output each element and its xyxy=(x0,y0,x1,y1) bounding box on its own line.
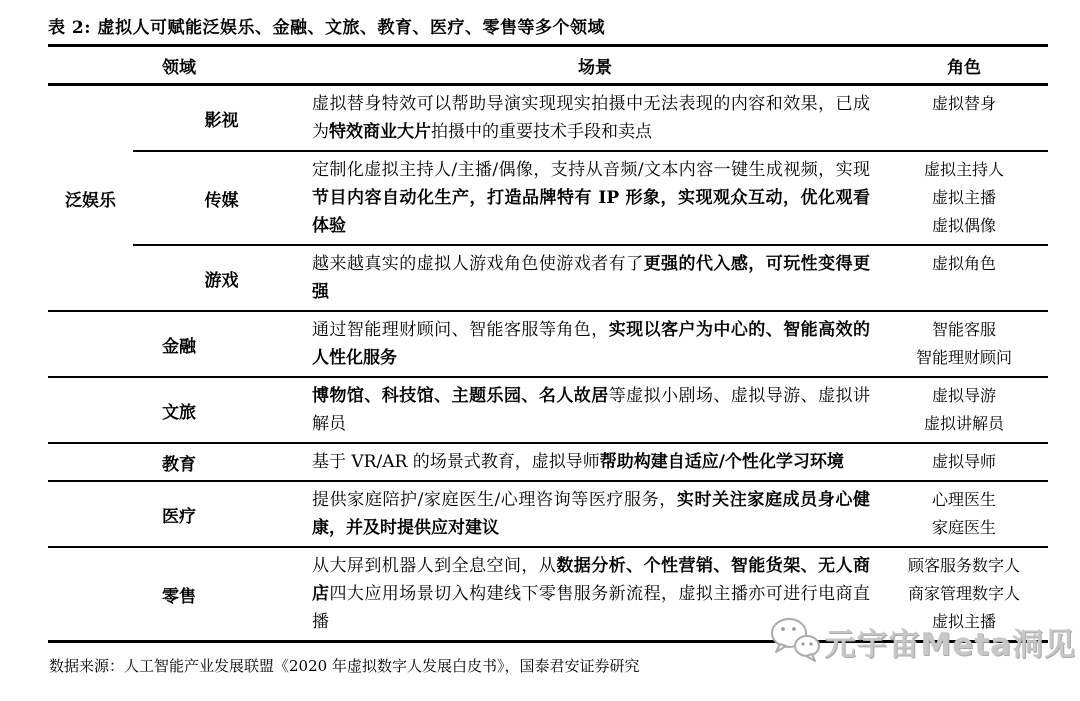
table-row-media: 传媒 定制化虚拟主持人/主播/偶像，支持从音频/文本内容一键生成视频，实现节目内… xyxy=(133,152,1048,246)
role-item: 虚拟主播 xyxy=(880,184,1048,212)
group-label-entertainment: 泛娱乐 xyxy=(48,86,133,310)
scenario-text-bold: 博物馆、科技馆、主题乐园、名人故居 xyxy=(312,386,609,406)
scenario-text-bold: 节目内容自动化生产，打造品牌特有 IP 形象，实现观众互动，优化观看体验 xyxy=(312,188,870,236)
report-table-page: 表 2: 虚拟人可赋能泛娱乐、金融、文旅、教育、医疗、零售等多个领域 领域 场景… xyxy=(0,0,1080,701)
role-item: 虚拟替身 xyxy=(880,90,1048,118)
watermark-text: 元宇宙Meta洞见 xyxy=(824,619,1076,664)
roles-cell: 虚拟替身 xyxy=(880,86,1048,150)
table-row-culture-tourism: 文旅 博物馆、科技馆、主题乐园、名人故居等虚拟小剧场、虚拟导游、虚拟讲解员 虚拟… xyxy=(48,378,1048,442)
role-item: 智能客服 xyxy=(880,316,1048,344)
table-title: 表 2: 虚拟人可赋能泛娱乐、金融、文旅、教育、医疗、零售等多个领域 xyxy=(48,0,1048,44)
domain-label: 医疗 xyxy=(48,482,310,546)
scenario-cell: 定制化虚拟主持人/主播/偶像，支持从音频/文本内容一键生成视频，实现节目内容自动… xyxy=(310,152,880,244)
scenario-cell: 博物馆、科技馆、主题乐园、名人故居等虚拟小剧场、虚拟导游、虚拟讲解员 xyxy=(310,378,880,442)
role-item: 虚拟主持人 xyxy=(880,156,1048,184)
table-row-film: 影视 虚拟替身特效可以帮助导演实现现实拍摄中无法表现的内容和效果，已成为特效商业… xyxy=(133,86,1048,152)
role-item: 虚拟角色 xyxy=(880,250,1048,278)
role-item: 虚拟偶像 xyxy=(880,212,1048,240)
scenario-text: 从大屏到机器人到全息空间，从 xyxy=(312,556,556,576)
scenario-cell: 越来越真实的虚拟人游戏角色使游戏者有了更强的代入感，可玩性变得更强 xyxy=(310,246,880,310)
roles-cell: 虚拟角色 xyxy=(880,246,1048,310)
scenario-text: 拍摄中的重要技术手段和卖点 xyxy=(431,122,652,142)
role-item: 虚拟讲解员 xyxy=(880,410,1048,438)
scenario-cell: 通过智能理财顾问、智能客服等角色，实现以客户为中心的、智能高效的人性化服务 xyxy=(310,312,880,376)
role-item: 虚拟导师 xyxy=(880,448,1048,476)
domain-label: 金融 xyxy=(48,312,310,376)
domain-label: 影视 xyxy=(133,86,310,150)
table-row-finance: 金融 通过智能理财顾问、智能客服等角色，实现以客户为中心的、智能高效的人性化服务… xyxy=(48,312,1048,376)
table-row-medical: 医疗 提供家庭陪护/家庭医生/心理咨询等医疗服务，实时关注家庭成员身心健康，并及… xyxy=(48,482,1048,546)
scenario-cell: 提供家庭陪护/家庭医生/心理咨询等医疗服务，实时关注家庭成员身心健康，并及时提供… xyxy=(310,482,880,546)
table-header-row: 领域 场景 角色 xyxy=(48,47,1048,83)
domain-label: 文旅 xyxy=(48,378,310,442)
scenario-text: 越来越真实的虚拟人游戏角色使游戏者有了 xyxy=(312,254,644,274)
roles-cell: 虚拟导师 xyxy=(880,444,1048,480)
roles-cell: 智能客服 智能理财顾问 xyxy=(880,312,1048,376)
watermark: 元宇宙Meta洞见 xyxy=(769,616,1076,666)
role-item: 顾客服务数字人 xyxy=(880,552,1048,580)
scenario-text-bold: 帮助构建自适应/个性化学习环境 xyxy=(600,452,844,472)
role-item: 商家管理数字人 xyxy=(880,580,1048,608)
scenario-text: 通过智能理财顾问、智能客服等角色， xyxy=(312,320,609,340)
column-header-scene: 场景 xyxy=(310,53,880,78)
table-row-game: 游戏 越来越真实的虚拟人游戏角色使游戏者有了更强的代入感，可玩性变得更强 虚拟角… xyxy=(133,246,1048,310)
section-entertainment: 泛娱乐 影视 虚拟替身特效可以帮助导演实现现实拍摄中无法表现的内容和效果，已成为… xyxy=(48,86,1048,310)
role-item: 智能理财顾问 xyxy=(880,344,1048,372)
table-row-education: 教育 基于 VR/AR 的场景式教育，虚拟导师帮助构建自适应/个性化学习环境 虚… xyxy=(48,444,1048,480)
scenario-text: 定制化虚拟主持人/主播/偶像，支持从音频/文本内容一键生成视频，实现 xyxy=(312,160,870,180)
column-header-role: 角色 xyxy=(880,53,1048,78)
roles-cell: 心理医生 家庭医生 xyxy=(880,482,1048,546)
scenario-cell: 虚拟替身特效可以帮助导演实现现实拍摄中无法表现的内容和效果，已成为特效商业大片拍… xyxy=(310,86,880,150)
roles-cell: 虚拟主持人 虚拟主播 虚拟偶像 xyxy=(880,152,1048,244)
role-item: 虚拟导游 xyxy=(880,382,1048,410)
domain-label: 教育 xyxy=(48,444,310,480)
domain-label: 零售 xyxy=(48,548,310,640)
scenario-cell: 基于 VR/AR 的场景式教育，虚拟导师帮助构建自适应/个性化学习环境 xyxy=(310,444,880,480)
scenario-text: 基于 VR/AR 的场景式教育，虚拟导师 xyxy=(312,452,600,472)
roles-cell: 虚拟导游 虚拟讲解员 xyxy=(880,378,1048,442)
wechat-chat-bubbles-icon xyxy=(769,616,823,666)
role-item: 家庭医生 xyxy=(880,514,1048,542)
domain-label: 传媒 xyxy=(133,152,310,244)
column-header-domain: 领域 xyxy=(48,53,310,78)
scenario-text-bold: 特效商业大片 xyxy=(329,122,431,142)
domain-label: 游戏 xyxy=(133,246,310,310)
role-item: 心理医生 xyxy=(880,486,1048,514)
scenario-text: 提供家庭陪护/家庭医生/心理咨询等医疗服务， xyxy=(312,490,677,510)
